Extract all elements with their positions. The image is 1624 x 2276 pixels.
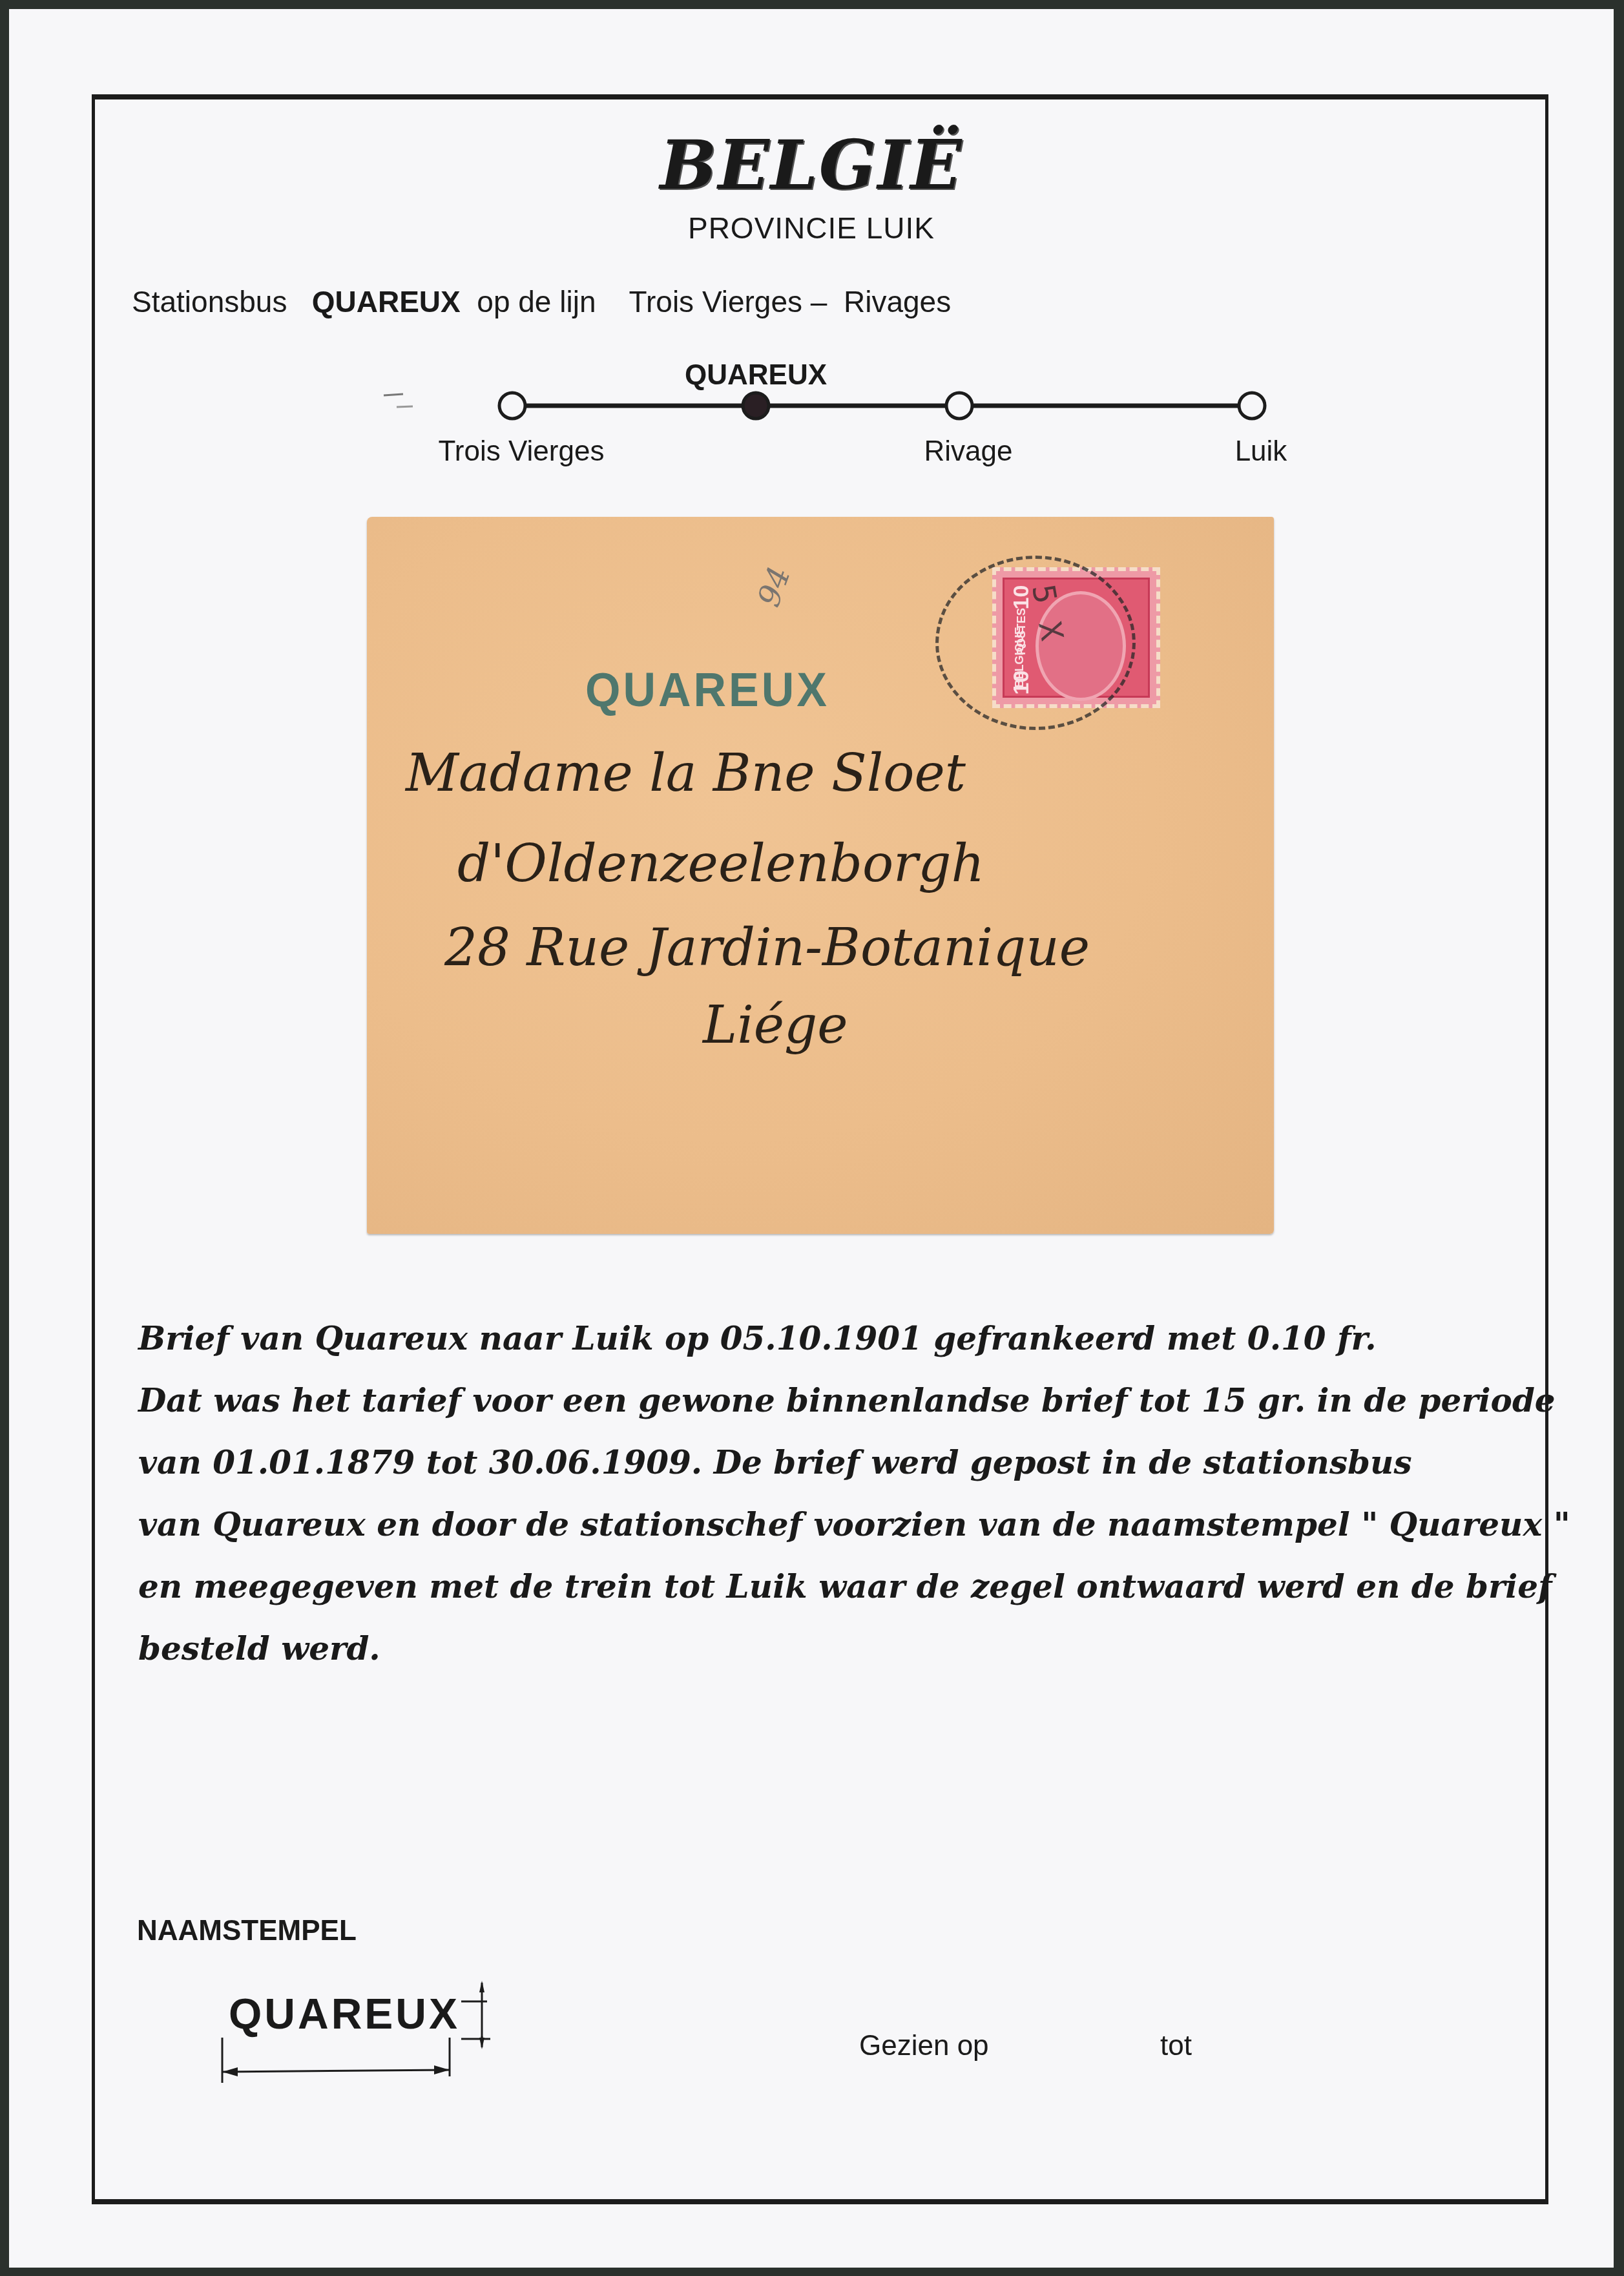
naamstempel-label: NAAMSTEMPEL — [137, 1915, 357, 1947]
album-page: BELGIË PROVINCIE LUIK Stationsbus QUAREU… — [9, 9, 1614, 2268]
station-node — [946, 393, 972, 419]
description: Brief van Quareux naar Luik op 05.10.190… — [138, 1308, 1527, 1680]
description-line: Dat was het tarief voor een gewone binne… — [138, 1370, 1527, 1432]
station-label: Rivage — [924, 435, 1013, 468]
station-cachet: QUAREUX — [585, 663, 829, 717]
station-label: Trois Vierges — [439, 435, 605, 468]
address-line: d'Oldenzeelenborgh — [457, 833, 984, 893]
pencil-note: 94 — [751, 562, 798, 612]
station-label: Luik — [1235, 435, 1287, 468]
station-node — [1239, 393, 1265, 419]
scan-mark — [384, 394, 403, 395]
address-line: Madame la Bne Sloet — [406, 743, 966, 803]
station-node — [499, 393, 525, 419]
address-line: Liége — [703, 995, 848, 1055]
description-line: besteld werd. — [138, 1618, 1527, 1680]
envelope: 94 QUAREUX 10 10 POSTES BELGIQUE 5 X Mad… — [367, 517, 1274, 1234]
station-node — [743, 393, 769, 419]
description-line: van 01.01.1879 tot 30.06.1909. De brief … — [138, 1432, 1527, 1494]
seen-on-label: Gezien op — [859, 2030, 989, 2062]
dimension-markers — [216, 1967, 578, 2083]
route-highlight-label: QUAREUX — [685, 359, 827, 392]
description-line: Brief van Quareux naar Luik op 05.10.190… — [138, 1308, 1527, 1370]
description-line: van Quareux en door de stationschef voor… — [138, 1494, 1527, 1556]
route-map — [9, 9, 1614, 500]
scan-mark — [397, 406, 413, 407]
description-line: en meegegeven met de trein tot Luik waar… — [138, 1556, 1527, 1618]
address-line: 28 Rue Jardin-Botanique — [444, 917, 1090, 977]
seen-until-label: tot — [1160, 2030, 1192, 2062]
